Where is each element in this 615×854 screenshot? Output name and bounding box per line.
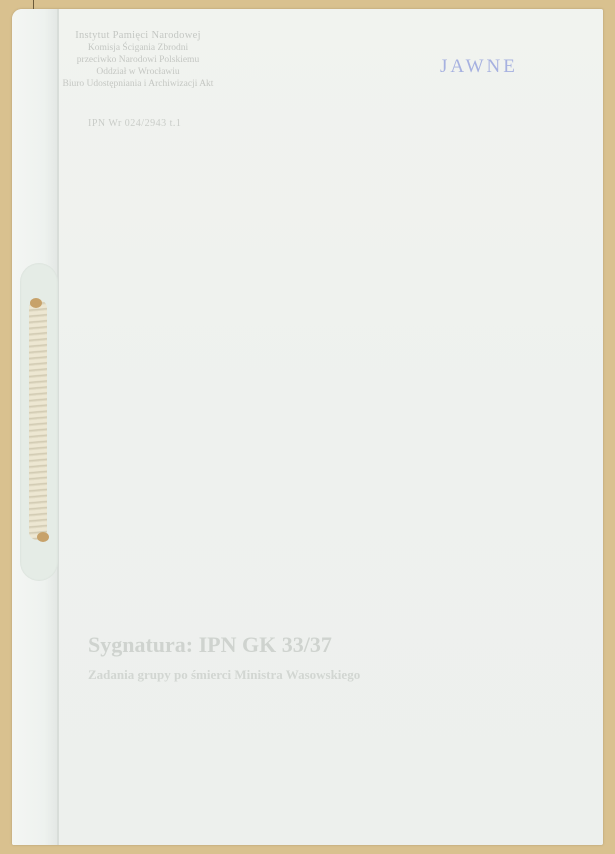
folder-cover <box>12 9 603 845</box>
header-line: Komisja Ścigania Zbrodni <box>48 42 228 54</box>
cord-knot-top-icon <box>30 298 42 308</box>
reference-number: IPN Wr 024/2943 t.1 <box>88 118 181 129</box>
classification-stamp: JAWNE <box>440 56 518 78</box>
signature-label: Sygnatura: IPN GK 33/37 <box>88 632 332 658</box>
institution-header-stamp: Instytut Pamięci Narodowej Komisja Ściga… <box>48 30 228 90</box>
header-line: przeciwko Narodowi Polskiemu <box>48 54 228 66</box>
file-description: Zadania grupy po śmierci Ministra Wasows… <box>88 667 360 683</box>
header-line: Oddział w Wrocławiu <box>48 66 228 78</box>
binding-cord <box>29 300 47 540</box>
header-line: Biuro Udostępniania i Archiwizacji Akt <box>48 78 228 90</box>
cord-knot-bottom-icon <box>37 532 49 542</box>
header-line: Instytut Pamięci Narodowej <box>48 30 228 42</box>
